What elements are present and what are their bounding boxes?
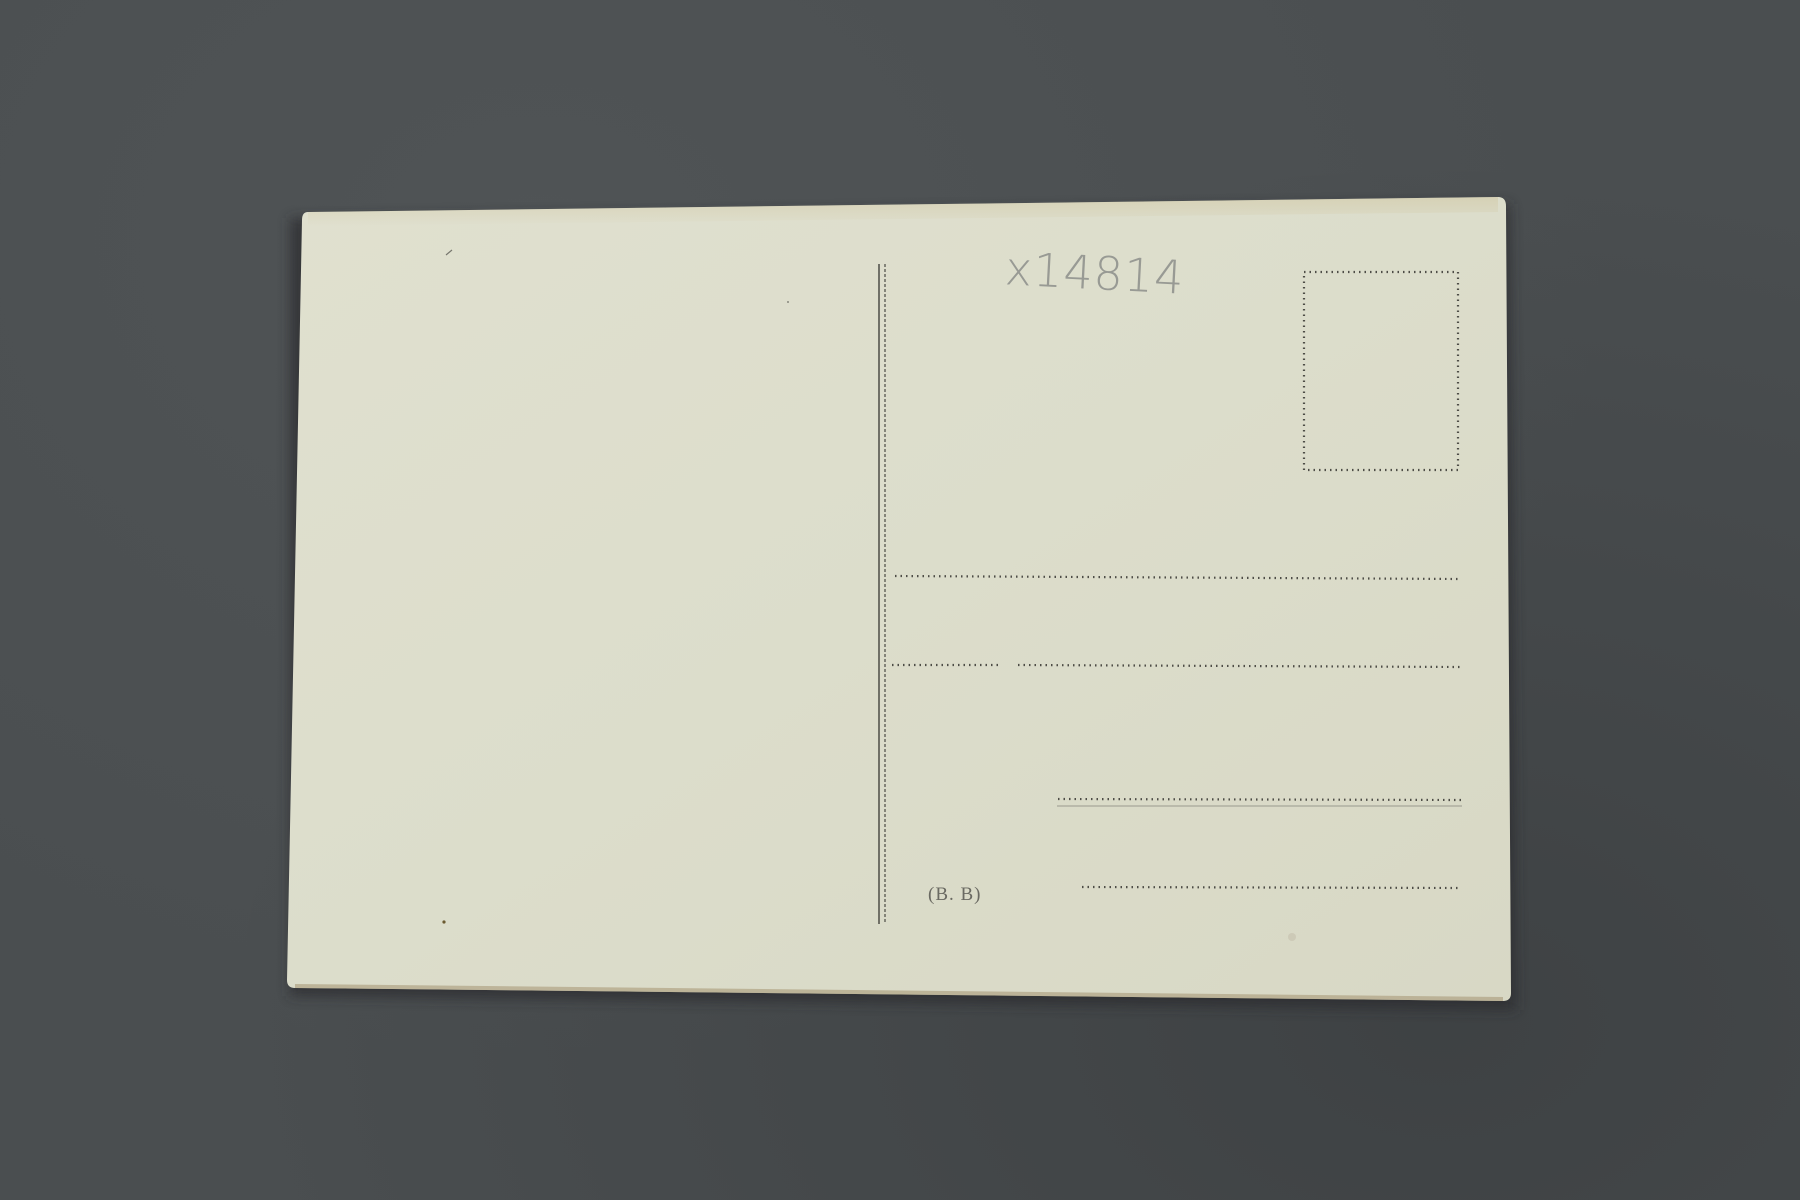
publisher-mark: (B. B)	[928, 884, 982, 906]
handwritten-inventory-number: x14814	[1004, 241, 1186, 304]
photo-scene: x14814 (B. B)	[0, 0, 1800, 1200]
postcard	[0, 0, 1800, 1200]
